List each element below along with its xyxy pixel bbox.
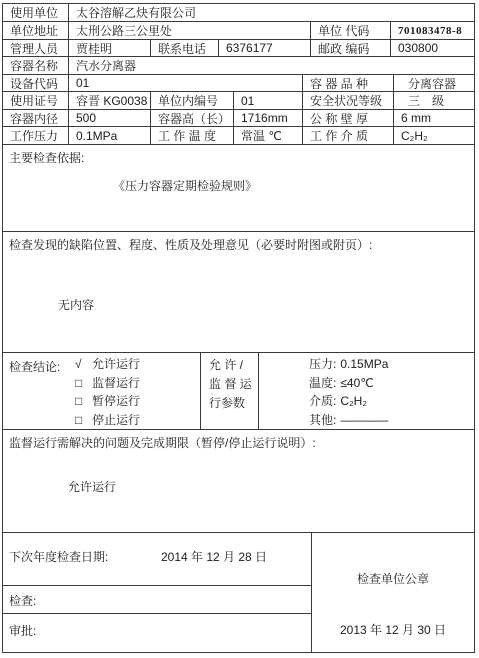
inspection-basis-label: 主要检查依据: — [9, 149, 84, 166]
internal-no-value: 01 — [234, 92, 303, 109]
vessel-type-value: 分离容器 — [394, 75, 474, 91]
height-value: 1716mm — [234, 110, 303, 126]
form-table: 使用单位 太谷溶解乙炔有限公司 单位地址 太刑公路三公里处 单位 代码 7010… — [2, 3, 475, 653]
working-medium-label: 工 作 介 质 — [303, 127, 394, 144]
option-supervised-run: □监督运行 — [75, 374, 140, 393]
option-pause-run: □暂停运行 — [75, 392, 140, 411]
param-pressure-value: 0.15MPa — [340, 357, 388, 371]
wall-thickness-value: 6 mm — [394, 110, 474, 126]
checkmark-icon: √ — [75, 355, 92, 374]
use-unit-label: 使用单位 — [3, 4, 69, 21]
param-values-cell: 压力:0.15MPa 温度:≤40℃ 介质:C₂H₂ 其他:———— — [259, 353, 474, 429]
checkbox-empty-icon: □ — [75, 411, 92, 430]
row-use-certificate: 使用证号 容晋 KG0038 单位内编号 01 安全状况等级 三 级 — [3, 92, 474, 110]
footer-section: 下次年度检查日期: 2014 年 12 月 28 日 检查: 审批: 检查单位公… — [3, 533, 474, 652]
param-list: 压力:0.15MPa 温度:≤40℃ 介质:C₂H₂ 其他:———— — [309, 355, 388, 429]
checkbox-empty-icon: □ — [75, 374, 92, 393]
param-other-value: ———— — [340, 413, 388, 427]
row-unit-address: 单位地址 太刑公路三公里处 单位 代码 701083478-8 — [3, 22, 474, 40]
equipment-code-value: 01 — [69, 75, 303, 91]
postcode-value: 030800 — [391, 40, 474, 56]
param-pressure: 压力:0.15MPa — [309, 355, 388, 374]
section-inspection-basis: 主要检查依据: 《压力容器定期检验规则》 — [3, 145, 474, 232]
seal-label: 检查单位公章 — [312, 570, 474, 587]
inspection-basis-content: 《压力容器定期检验规则》 — [113, 177, 257, 194]
conclusion-option-list: √允许运行 □监督运行 □暂停运行 □停止运行 — [75, 355, 140, 429]
conclusion-options-cell: 检查结论: √允许运行 □监督运行 □暂停运行 □停止运行 — [3, 353, 201, 429]
inner-diameter-value: 500 — [69, 110, 151, 126]
height-label: 容器高（长） — [151, 110, 234, 126]
working-pressure-value: 0.1MPa — [69, 127, 151, 144]
option-allow-run-label: 允许运行 — [92, 357, 140, 371]
postcode-label: 邮政 编码 — [311, 40, 391, 56]
section-conclusion: 检查结论: √允许运行 □监督运行 □暂停运行 □停止运行 允 许 / 监 督 … — [3, 353, 474, 430]
unit-code-label: 单位 代码 — [311, 22, 391, 39]
param-header-cell: 允 许 / 监 督 运 行参数 — [201, 353, 259, 429]
param-header-text: 允 许 / 监 督 运 行参数 — [209, 356, 252, 413]
vessel-type-label: 容 器 品 种 — [303, 75, 394, 91]
section-defects: 检查发现的缺陷位置、程度、性质及处理意见（必要时附图或附页）: 无内容 — [3, 232, 474, 353]
wall-thickness-label: 公 称 壁 厚 — [303, 110, 394, 126]
row-vessel-name: 容器名称 汽水分离器 — [3, 57, 474, 75]
seal-cell: 检查单位公章 2013 年 12 月 30 日 — [312, 533, 474, 652]
safety-grade-value: 三 级 — [394, 92, 474, 109]
working-pressure-label: 工作压力 — [3, 127, 69, 144]
unit-code-value: 701083478-8 — [391, 22, 474, 39]
defects-label: 检查发现的缺陷位置、程度、性质及处理意见（必要时附图或附页）: — [9, 236, 372, 253]
option-supervised-run-label: 监督运行 — [92, 376, 140, 390]
unit-address-value: 太刑公路三公里处 — [69, 22, 311, 39]
param-other: 其他:———— — [309, 411, 388, 430]
manager-label: 管理人员 — [3, 40, 69, 56]
footer-left-column: 下次年度检查日期: 2014 年 12 月 28 日 检查: 审批: — [3, 533, 312, 652]
checkbox-empty-icon: □ — [75, 392, 92, 411]
row-manager: 管理人员 贾桂明 联系电话 6376177 邮政 编码 030800 — [3, 40, 474, 57]
option-pause-run-label: 暂停运行 — [92, 394, 140, 408]
approver-row: 审批: — [3, 614, 311, 652]
use-cert-label: 使用证号 — [3, 92, 69, 109]
seal-date: 2013 年 12 月 30 日 — [312, 621, 474, 638]
section-supervision: 监督运行需解决的问题及完成期限（暂停/停止运行说明）: 允许运行 — [3, 430, 474, 533]
inner-diameter-label: 容器内径 — [3, 110, 69, 126]
safety-grade-label: 安全状况等级 — [303, 92, 394, 109]
row-working-pressure: 工作压力 0.1MPa 工 作 温 度 常温 ℃ 工 作 介 质 C₂H₂ — [3, 127, 474, 145]
conclusion-label: 检查结论: — [9, 358, 60, 375]
inspection-report-page: 使用单位 太谷溶解乙炔有限公司 单位地址 太刑公路三公里处 单位 代码 7010… — [0, 0, 479, 658]
use-unit-value: 太谷溶解乙炔有限公司 — [69, 4, 474, 21]
param-medium-value: C₂H₂ — [340, 394, 367, 408]
approver-label: 审批: — [9, 622, 36, 639]
unit-address-label: 单位地址 — [3, 22, 69, 39]
inspector-row: 检查: — [3, 586, 311, 614]
row-inner-diameter: 容器内径 500 容器高（长） 1716mm 公 称 壁 厚 6 mm — [3, 110, 474, 127]
row-equipment-code: 设备代码 01 容 器 品 种 分离容器 — [3, 75, 474, 92]
manager-value: 贾桂明 — [69, 40, 151, 56]
supervision-label: 监督运行需解决的问题及完成期限（暂停/停止运行说明）: — [9, 434, 316, 451]
option-allow-run: √允许运行 — [75, 355, 140, 374]
working-medium-value: C₂H₂ — [394, 127, 474, 144]
phone-label: 联系电话 — [151, 40, 219, 56]
internal-no-label: 单位内编号 — [151, 92, 234, 109]
use-cert-value: 容晋 KG0038 — [69, 92, 151, 109]
vessel-name-value: 汽水分离器 — [69, 57, 474, 74]
supervision-content: 允许运行 — [68, 478, 116, 495]
defects-content: 无内容 — [58, 296, 94, 313]
inspector-label: 检查: — [9, 592, 36, 609]
next-inspection-date: 2014 年 12 月 28 日 — [161, 548, 267, 565]
phone-value: 6376177 — [219, 40, 311, 56]
option-stop-run-label: 停止运行 — [92, 413, 140, 427]
param-temperature: 温度:≤40℃ — [309, 374, 388, 393]
equipment-code-label: 设备代码 — [3, 75, 69, 91]
working-temp-value: 常温 ℃ — [234, 127, 303, 144]
next-inspection-label: 下次年度检查日期: — [9, 548, 108, 565]
param-medium: 介质:C₂H₂ — [309, 392, 388, 411]
row-use-unit: 使用单位 太谷溶解乙炔有限公司 — [3, 4, 474, 22]
next-inspection-row: 下次年度检查日期: 2014 年 12 月 28 日 — [3, 533, 311, 586]
option-stop-run: □停止运行 — [75, 411, 140, 430]
vessel-name-label: 容器名称 — [3, 57, 69, 74]
working-temp-label: 工 作 温 度 — [151, 127, 234, 144]
param-temperature-value: ≤40℃ — [340, 376, 373, 390]
